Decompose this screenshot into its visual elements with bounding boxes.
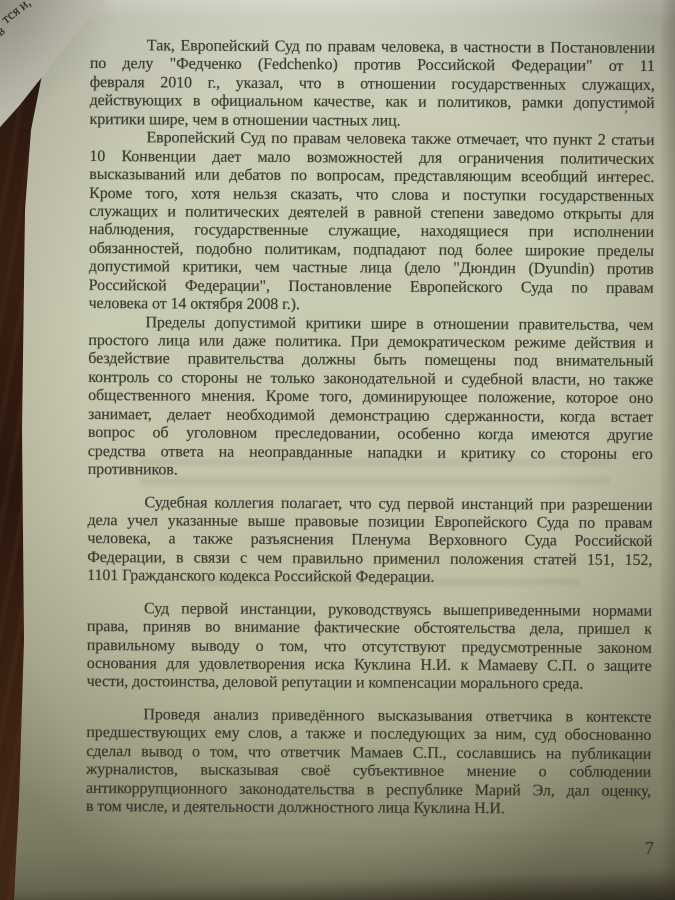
text-line: в том числе, и деятельности должностного…	[86, 798, 651, 819]
text-line: высказываний или дебатов по вопросам, пр…	[89, 166, 654, 187]
text-line: человека от 14 октября 2008 г.).	[89, 295, 654, 316]
text-line: права, приняв во внимание фактические об…	[87, 618, 652, 639]
text-line: допустимой критики, чем частные лица (де…	[89, 258, 654, 279]
paragraph-statement-analysis: Проведя анализ приведённого высказывания…	[86, 706, 652, 820]
text-line: Европейский Суд по правам человека также…	[89, 129, 654, 150]
ink-bleed-ghost	[160, 832, 580, 846]
page-number: 7	[645, 838, 654, 859]
paragraph-first-instance-court: Суд первой инстанции, руководствуясь выш…	[87, 600, 652, 695]
paragraph-limits-of-criticism: Пределы допустимой критики шире в отноше…	[88, 314, 654, 483]
text-line: 1101 Гражданского кодекса Российской Фед…	[87, 567, 652, 588]
paragraph-echr-fedchenko: Так, Европейский Суд по правам человека,…	[90, 37, 655, 132]
text-line: противников.	[88, 461, 653, 482]
photo-scene: Так, Европейский Суд по правам человека,…	[0, 0, 675, 900]
document-page: Так, Европейский Суд по правам человека,…	[0, 0, 675, 900]
paragraph-judicial-board: Судебная коллегия полагает, что суд перв…	[87, 493, 652, 588]
text-line: журналистов, высказывая своё субъективно…	[86, 761, 651, 782]
text-block: Так, Европейский Суд по правам человека,…	[86, 37, 655, 819]
paragraph-echr-convention: Европейский Суд по правам человека также…	[89, 129, 655, 316]
text-line: вопрос об уголовном преследовании, особе…	[88, 424, 653, 445]
text-line: чести, достоинства, деловой репутации и …	[87, 673, 652, 694]
